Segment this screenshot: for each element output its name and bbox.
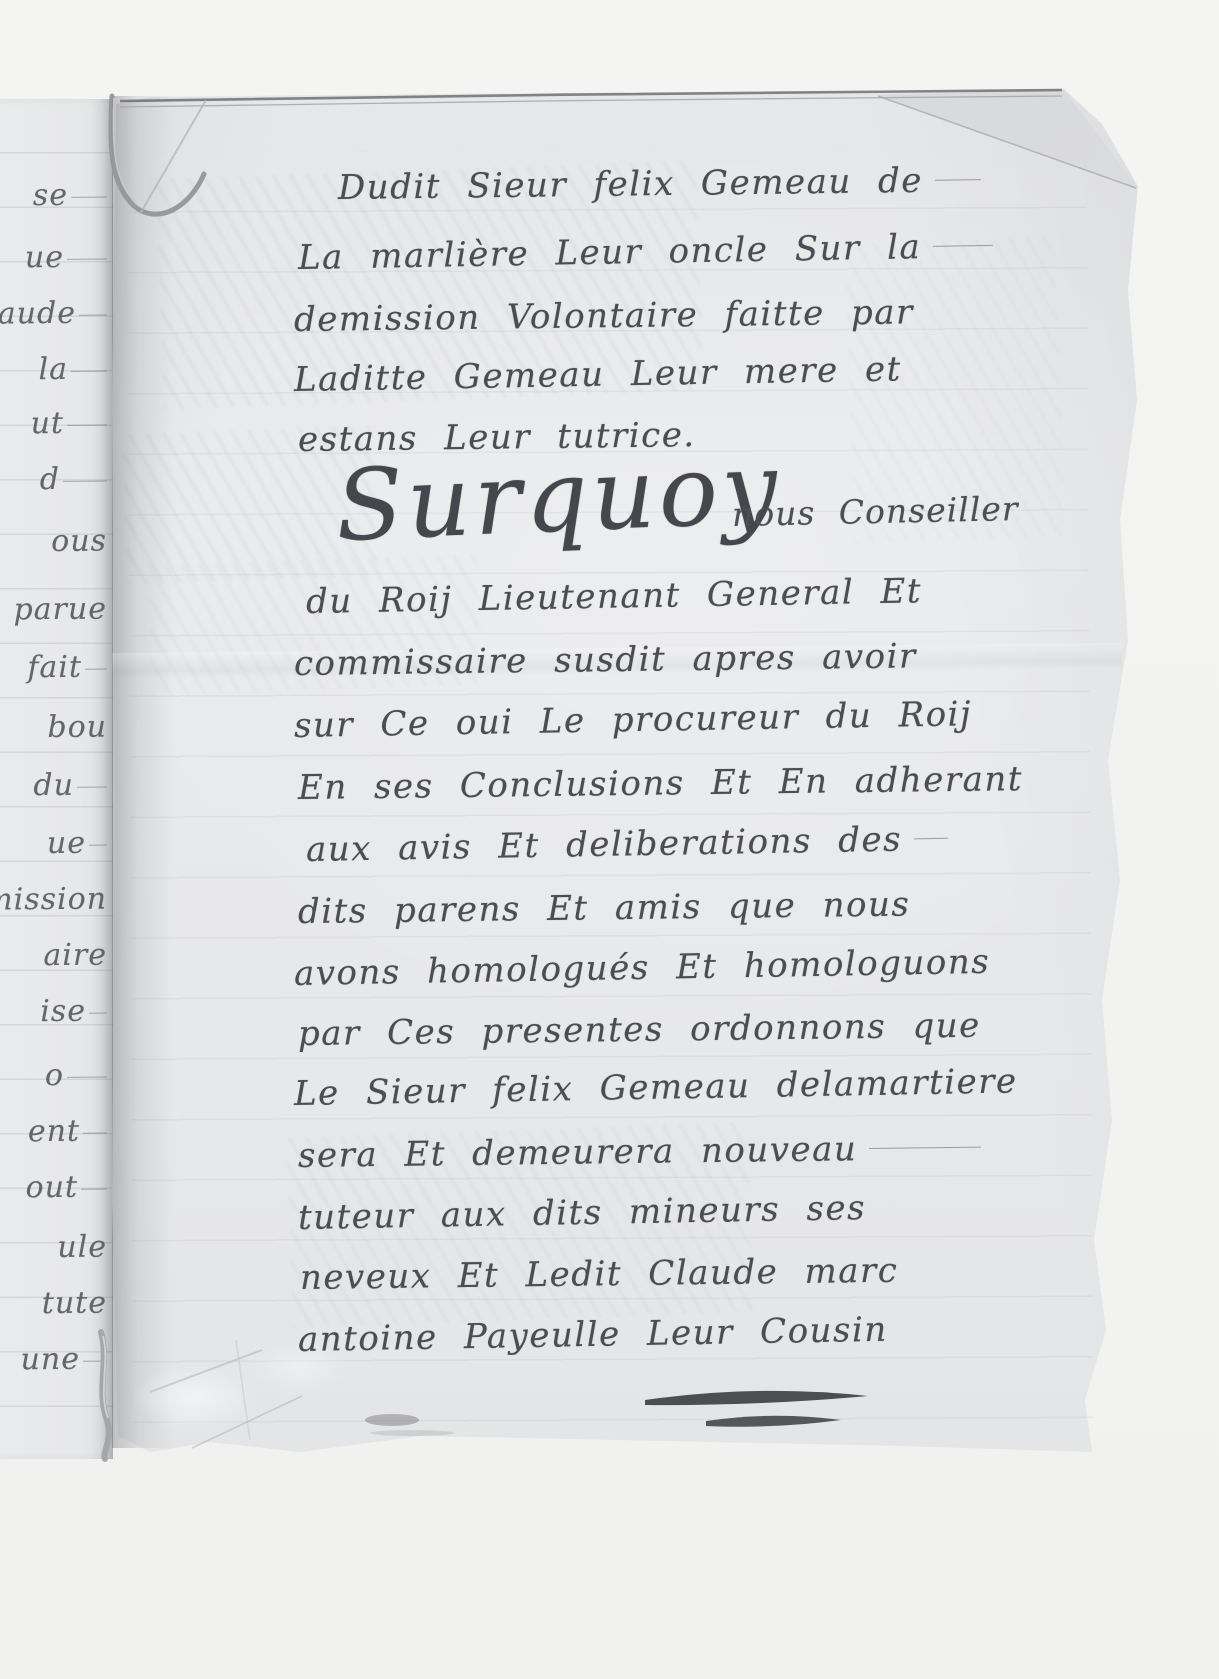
corner-crease bbox=[140, 100, 206, 214]
page-top-edge-line bbox=[120, 96, 1062, 107]
ink-smudge bbox=[365, 1414, 419, 1426]
scan-artifacts-overlay bbox=[0, 0, 1219, 1679]
corner-fold-crease bbox=[878, 96, 1136, 188]
binding-thread bbox=[111, 96, 204, 214]
ink-smudge bbox=[370, 1430, 454, 1436]
page-top-edge-line bbox=[120, 90, 1062, 101]
scanned-manuscript-page: se ue laude la ut d ous parue fait bou d… bbox=[0, 0, 1219, 1679]
crumple-crease bbox=[150, 1350, 262, 1392]
closing-flourish-stroke bbox=[706, 1416, 841, 1427]
binding-thread-highlight bbox=[113, 98, 136, 202]
closing-flourish-stroke bbox=[645, 1391, 868, 1405]
